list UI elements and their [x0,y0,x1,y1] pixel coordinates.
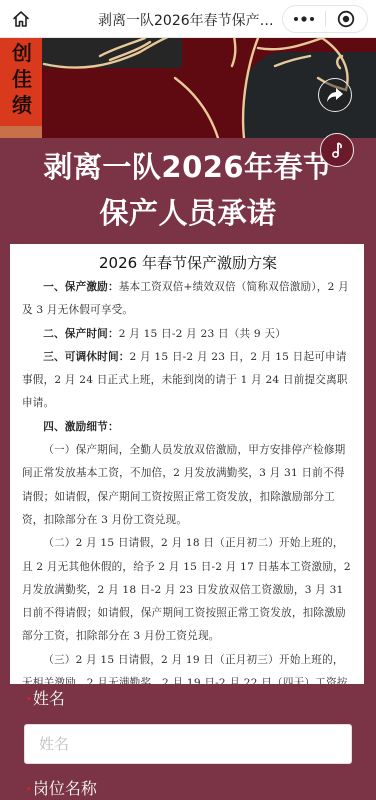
section-2-label: 二、保产时间： [43,328,119,340]
name-field-label: •姓名 [26,689,65,710]
incentive-plan-document: 2026 年春节保产激励方案 一、保产激励：基本工资双倍+绩效双倍（简称双倍激励… [10,244,364,684]
music-toggle-button[interactable] [320,133,354,167]
section-2: 二、保产时间：2 月 15 日-2 月 23 日（共 9 天） [22,323,354,346]
more-dots-icon [293,16,315,22]
home-icon [11,9,31,29]
music-note-icon [329,141,345,159]
section-2-text: 2 月 15 日-2 月 23 日（共 9 天） [119,328,286,340]
detail-2: （二）2 月 15 日请假，2 月 18 日（正月初二）开始上班的，且 2 月无… [22,532,354,648]
banner-vertical-text: 创佳绩 [6,40,38,118]
name-label-text: 姓名 [33,689,65,708]
top-nav-bar: 剥离一队2026年春节保产人员承诺 [0,0,376,38]
page-title: 剥离一队2026年春节保产人员承诺 [98,10,278,30]
share-button[interactable] [318,78,352,112]
detail-1: （一）保产期间，全勤人员发放双倍激励，甲方安排停产检修期间正常发放基本工资，不加… [22,439,354,532]
section-1-label: 一、保产激励： [43,281,119,293]
commitment-form: •姓名 •岗位名称 [0,684,376,800]
position-label-text: 岗位名称 [33,779,97,798]
more-button[interactable] [283,6,325,32]
required-mark: • [26,784,32,795]
section-4-label: 四、激励细节： [43,421,119,433]
required-mark: • [26,694,32,705]
banner-couplet-base [0,126,42,138]
section-3: 三、可调休时间：2 月 15 日-2 月 23 日，2 月 15 日起可申请事假… [22,346,354,416]
name-input[interactable] [24,724,352,764]
miniprogram-capsule [282,5,368,33]
home-button[interactable] [10,8,32,30]
section-3-label: 三、可调休时间： [43,351,129,363]
position-field-label: •岗位名称 [26,779,97,800]
share-arrow-icon [326,87,344,103]
headline-line-2: 保产人员承诺 [0,190,376,236]
document-title: 2026 年春节保产激励方案 [22,252,354,274]
section-1: 一、保产激励：基本工资双倍+绩效双倍（简称双倍激励），2 月及 3 月无休假可享… [22,276,354,323]
target-close-icon [337,10,355,28]
section-4: 四、激励细节： [22,416,354,439]
close-button[interactable] [326,6,367,32]
